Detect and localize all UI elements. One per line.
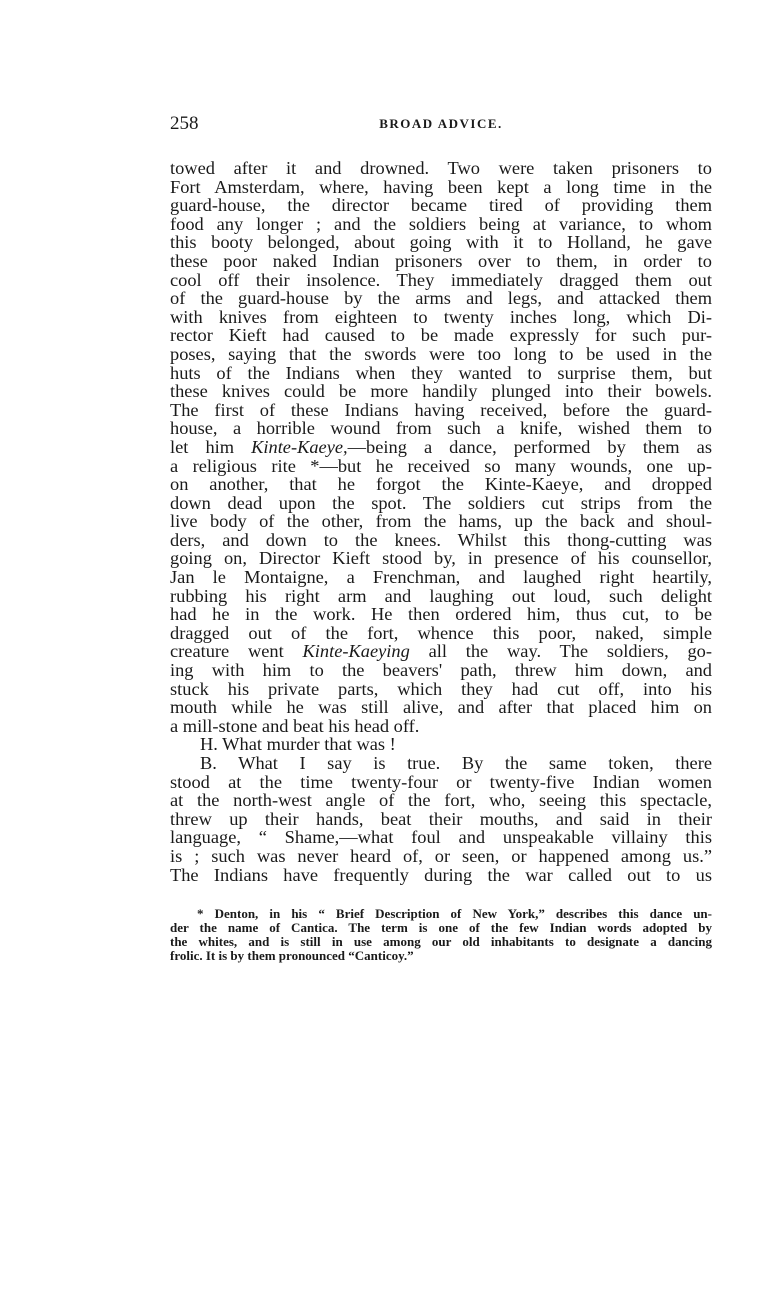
body-text: towed after it and drowned. Two were tak…: [170, 159, 712, 884]
text-line-italic: let him Kinte-Kaeye,—being a dance, perf…: [170, 438, 712, 457]
text-line: is ; such was never heard of, or seen, o…: [170, 847, 712, 866]
text-line: huts of the Indians when they wanted to …: [170, 364, 712, 383]
text-line: The first of these Indians having receiv…: [170, 401, 712, 420]
text-line: live body of the other, from the hams, u…: [170, 512, 712, 531]
text-line: ders, and down to the knees. Whilst this…: [170, 531, 712, 550]
text-line: these knives could be more handily plung…: [170, 382, 712, 401]
text-line: mouth while he was still alive, and afte…: [170, 698, 712, 717]
text-line-italic: creature went Kinte-Kaeying all the way.…: [170, 642, 712, 661]
text-run: creature went: [170, 641, 303, 661]
text-line: guard-house, the director became tired o…: [170, 196, 712, 215]
text-run: all the way. The soldiers, go-: [410, 641, 712, 661]
text-line: stood at the time twenty-four or twenty-…: [170, 773, 712, 792]
text-line: on another, that he forgot the Kinte-Kae…: [170, 475, 712, 494]
text-line: cool off their insolence. They immediate…: [170, 271, 712, 290]
italic-term: Kinte-Kaeying: [303, 641, 410, 661]
text-line: rector Kieft had caused to be made expre…: [170, 326, 712, 345]
text-line: these poor naked Indian prisoners over t…: [170, 252, 712, 271]
text-line: Fort Amsterdam, where, having been kept …: [170, 178, 712, 197]
text-line: going on, Director Kieft stood by, in pr…: [170, 549, 712, 568]
text-line: of the guard-house by the arms and legs,…: [170, 289, 712, 308]
dialogue-line-h: H. What murder that was !: [170, 735, 712, 754]
text-run: —being a dance, performed by them as: [348, 437, 712, 457]
text-line: threw up their hands, beat their mouths,…: [170, 810, 712, 829]
text-line: towed after it and drowned. Two were tak…: [170, 159, 712, 178]
text-line: The Indians have frequently during the w…: [170, 866, 712, 885]
text-line: food any longer ; and the soldiers being…: [170, 215, 712, 234]
text-line: down dead upon the spot. The soldiers cu…: [170, 494, 712, 513]
running-head: 258 BROAD ADVICE.: [170, 113, 712, 139]
footnote: * Denton, in his “ Brief Description of …: [170, 907, 712, 963]
text-line: Jan le Montaigne, a Frenchman, and laugh…: [170, 568, 712, 587]
footnote-line: the whites, and is still in use among ou…: [170, 935, 712, 949]
text-line: this booty belonged, about going with it…: [170, 233, 712, 252]
italic-term: Kinte-Kaeye,: [251, 437, 348, 457]
text-line: a mill-stone and beat his head off.: [170, 717, 712, 736]
text-line: with knives from eighteen to twenty inch…: [170, 308, 712, 327]
text-run: let him: [170, 437, 251, 457]
text-line: poses, saying that the swords were too l…: [170, 345, 712, 364]
text-line: rubbing his right arm and laughing out l…: [170, 587, 712, 606]
text-line: language, “ Shame,—what foul and unspeak…: [170, 828, 712, 847]
dialogue-line-b: B. What I say is true. By the same token…: [170, 754, 712, 773]
footnote-line: frolic. It is by them pronounced “Cantic…: [170, 949, 712, 963]
text-line: at the north-west angle of the fort, who…: [170, 791, 712, 810]
footnote-line: der the name of Cantica. The term is one…: [170, 921, 712, 935]
text-line: had he in the work. He then ordered him,…: [170, 605, 712, 624]
running-title: BROAD ADVICE.: [170, 116, 712, 132]
text-line: house, a horrible wound from such a knif…: [170, 419, 712, 438]
text-line: ing with him to the beavers' path, threw…: [170, 661, 712, 680]
text-line: dragged out of the fort, whence this poo…: [170, 624, 712, 643]
footnote-line: * Denton, in his “ Brief Description of …: [170, 907, 712, 921]
book-page: 258 BROAD ADVICE. towed after it and dro…: [170, 113, 712, 963]
text-line: stuck his private parts, which they had …: [170, 680, 712, 699]
text-line: a religious rite *—but he received so ma…: [170, 457, 712, 476]
